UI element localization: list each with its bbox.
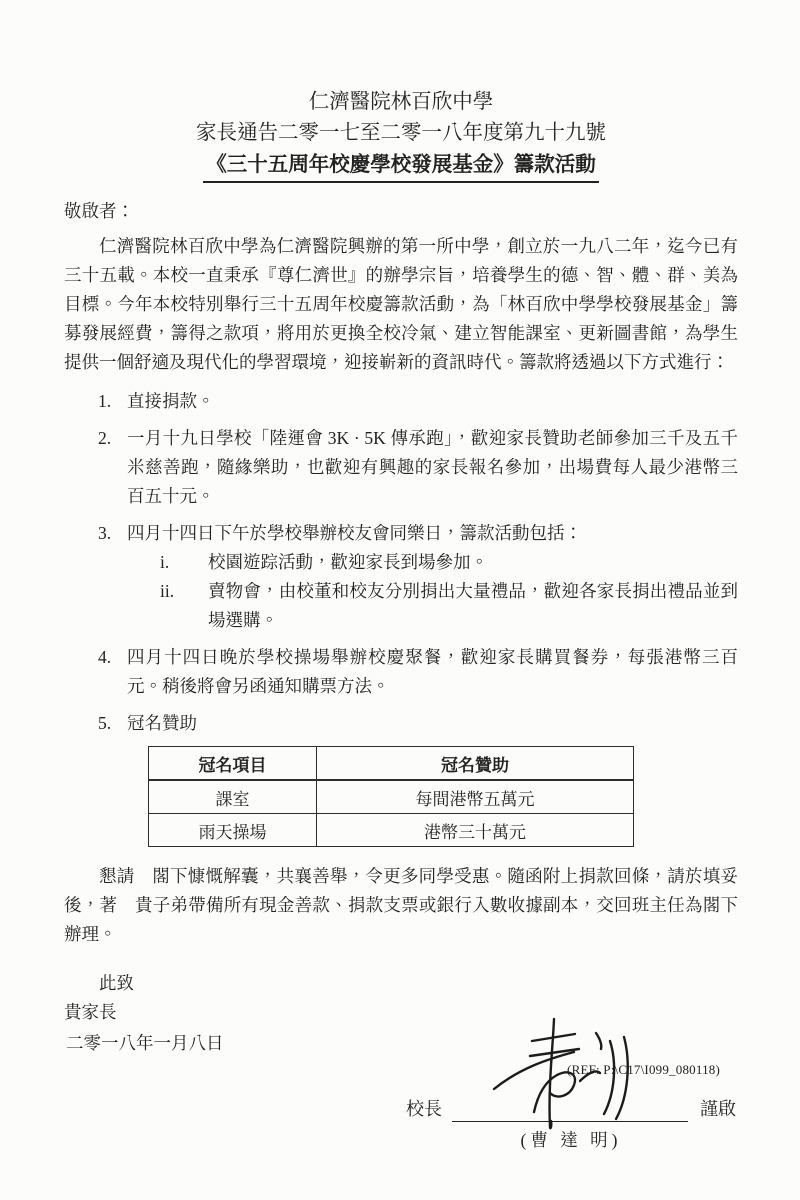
notice-number: 家長通告二零一七至二零一八年度第九十九號 — [64, 119, 738, 148]
fundraising-method-list: 1. 直接捐款。 2. 一月十九日學校「陸運會 3K · 5K 傳承跑」，歡迎家… — [64, 387, 738, 738]
list-item: 5. 冠名贊助 — [64, 709, 738, 738]
item-number: 3. — [98, 519, 127, 635]
sub-list-item: i. 校園遊踪活動，歡迎家長到場參加。 — [127, 548, 738, 577]
closing-label: 謹啟 — [688, 1096, 736, 1122]
list-item: 2. 一月十九日學校「陸運會 3K · 5K 傳承跑」，歡迎家長贊助老師參加三千… — [64, 424, 738, 511]
table-row: 課室 每間港幣五萬元 — [149, 780, 634, 814]
sub-item-number: i. — [160, 548, 208, 577]
table-header-cell: 冠名項目 — [149, 747, 317, 781]
list-item: 4. 四月十四日晚於學校操場舉辦校慶聚餐，歡迎家長購買餐券，每張港幣三百元。稍後… — [64, 643, 738, 701]
item-text: 一月十九日學校「陸運會 3K · 5K 傳承跑」，歡迎家長贊助老師參加三千及五千… — [127, 424, 738, 511]
item-text: 四月十四日晚於學校操場舉辦校慶聚餐，歡迎家長購買餐券，每張港幣三百元。稍後將會另… — [127, 643, 738, 701]
table-cell: 每間港幣五萬元 — [317, 780, 634, 814]
table-header-row: 冠名項目 冠名贊助 — [149, 747, 634, 781]
table-row: 雨天操場 港幣三十萬元 — [149, 814, 634, 847]
document-date: 二零一八年一月八日 — [66, 1028, 224, 1058]
item-number: 5. — [98, 709, 127, 738]
school-name: 仁濟醫院林百欣中學 — [64, 88, 738, 117]
naming-sponsorship-table: 冠名項目 冠名贊助 課室 每間港幣五萬元 雨天操場 港幣三十萬元 — [148, 746, 634, 847]
sub-item-text: 賣物會，由校董和校友分別捐出大量禮品，歡迎各家長捐出禮品並到場選購。 — [208, 577, 738, 635]
table-cell: 港幣三十萬元 — [317, 814, 634, 847]
valediction-cizhi: 此致 — [64, 969, 738, 998]
document-header: 仁濟醫院林百欣中學 家長通告二零一七至二零一八年度第九十九號 《三十五周年校慶學… — [64, 88, 738, 183]
scanned-notice-page: 仁濟醫院林百欣中學 家長通告二零一七至二零一八年度第九十九號 《三十五周年校慶學… — [0, 0, 800, 1200]
reference-number: (REF: P:\C17\I099_080118) — [567, 1062, 720, 1078]
item-number: 1. — [98, 387, 127, 416]
signature-line — [452, 1095, 688, 1122]
sub-item-number: ii. — [160, 577, 208, 635]
list-item: 1. 直接捐款。 — [64, 387, 738, 416]
sub-list-item: ii. 賣物會，由校董和校友分別捐出大量禮品，歡迎各家長捐出禮品並到場選購。 — [127, 577, 738, 635]
item-text: 四月十四日下午於學校舉辦校友會同樂日，籌款活動包括： i. 校園遊踪活動，歡迎家… — [127, 519, 738, 635]
sub-item-text: 校園遊踪活動，歡迎家長到場參加。 — [208, 548, 738, 577]
item-text: 冠名贊助 — [127, 709, 738, 738]
table-cell: 雨天操場 — [149, 814, 317, 847]
table-cell: 課室 — [149, 780, 317, 814]
list-item: 3. 四月十四日下午於學校舉辦校友會同樂日，籌款活動包括： i. 校園遊踪活動，… — [64, 519, 738, 635]
doc-title-wrap: 《三十五周年校慶學校發展基金》籌款活動 — [64, 151, 738, 183]
intro-paragraph: 仁濟醫院林百欣中學為仁濟醫院興辦的第一所中學，創立於一九八二年，迄今已有三十五載… — [64, 232, 738, 377]
item-number: 4. — [98, 643, 127, 701]
item-text-lead: 四月十四日下午於學校舉辦校友會同樂日，籌款活動包括： — [127, 523, 582, 543]
closing-paragraph: 懇請 閣下慷慨解囊，共襄善舉，令更多同學受惠。隨函附上捐款回條，請於填妥後，著 … — [64, 862, 738, 949]
signature-row: 校長 謹啟 — [406, 1095, 736, 1122]
salutation: 敬啟者： — [64, 196, 738, 226]
item-number: 2. — [98, 424, 127, 511]
principal-label: 校長 — [406, 1096, 452, 1122]
signature-block: 校長 謹啟 (曹 達 明) — [406, 1095, 736, 1152]
item-text: 直接捐款。 — [127, 387, 738, 416]
doc-title: 《三十五周年校慶學校發展基金》籌款活動 — [203, 151, 599, 183]
table-header-cell: 冠名贊助 — [317, 747, 634, 781]
